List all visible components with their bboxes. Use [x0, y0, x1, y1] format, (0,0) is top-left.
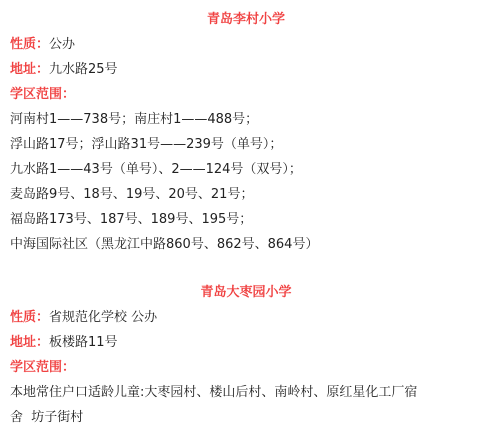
address-label: 地址：	[10, 62, 49, 77]
school-section-licun: 青岛李村小学 性质：公办 地址：九水路25号 学区范围： 河南村1——738号；…	[0, 0, 487, 257]
nature-row: 性质：公办	[0, 32, 487, 57]
school-title: 青岛大枣园小学	[0, 280, 487, 305]
district-row: 学区范围：	[0, 355, 487, 380]
address-label: 地址：	[10, 335, 49, 350]
district-line: 九水路1——43号（单号）、2——124号（双号）；	[0, 157, 487, 182]
district-line: 本地常住户口适龄儿童:大枣园村、楼山后村、南岭村、原红星化工厂宿	[0, 380, 487, 405]
address-value: 板楼路11号	[49, 335, 118, 350]
nature-label: 性质：	[10, 37, 49, 52]
nature-row: 性质：省规范化学校 公办	[0, 305, 487, 330]
district-line: 浮山路17号；浮山路31号——239号（单号）；	[0, 132, 487, 157]
district-label: 学区范围：	[10, 87, 75, 102]
district-row: 学区范围：	[0, 82, 487, 107]
district-line: 福岛路173号、187号、189号、195号；	[0, 207, 487, 232]
school-section-dazaoyuan: 青岛大枣园小学 性质：省规范化学校 公办 地址：板楼路11号 学区范围： 本地常…	[0, 257, 487, 430]
school-title: 青岛李村小学	[0, 7, 487, 32]
district-line: 河南村1——738号；南庄村1——488号；	[0, 107, 487, 132]
address-value: 九水路25号	[49, 62, 118, 77]
district-line: 麦岛路9号、18号、19号、20号、21号；	[0, 182, 487, 207]
address-row: 地址：九水路25号	[0, 57, 487, 82]
district-line: 中海国际社区（黑龙江中路860号、862号、864号）	[0, 232, 487, 257]
address-row: 地址：板楼路11号	[0, 330, 487, 355]
nature-label: 性质：	[10, 310, 49, 325]
nature-value: 省规范化学校 公办	[49, 310, 157, 325]
nature-value: 公办	[49, 37, 75, 52]
district-label: 学区范围：	[10, 360, 75, 375]
district-line: 舍 坊子街村	[0, 405, 487, 430]
